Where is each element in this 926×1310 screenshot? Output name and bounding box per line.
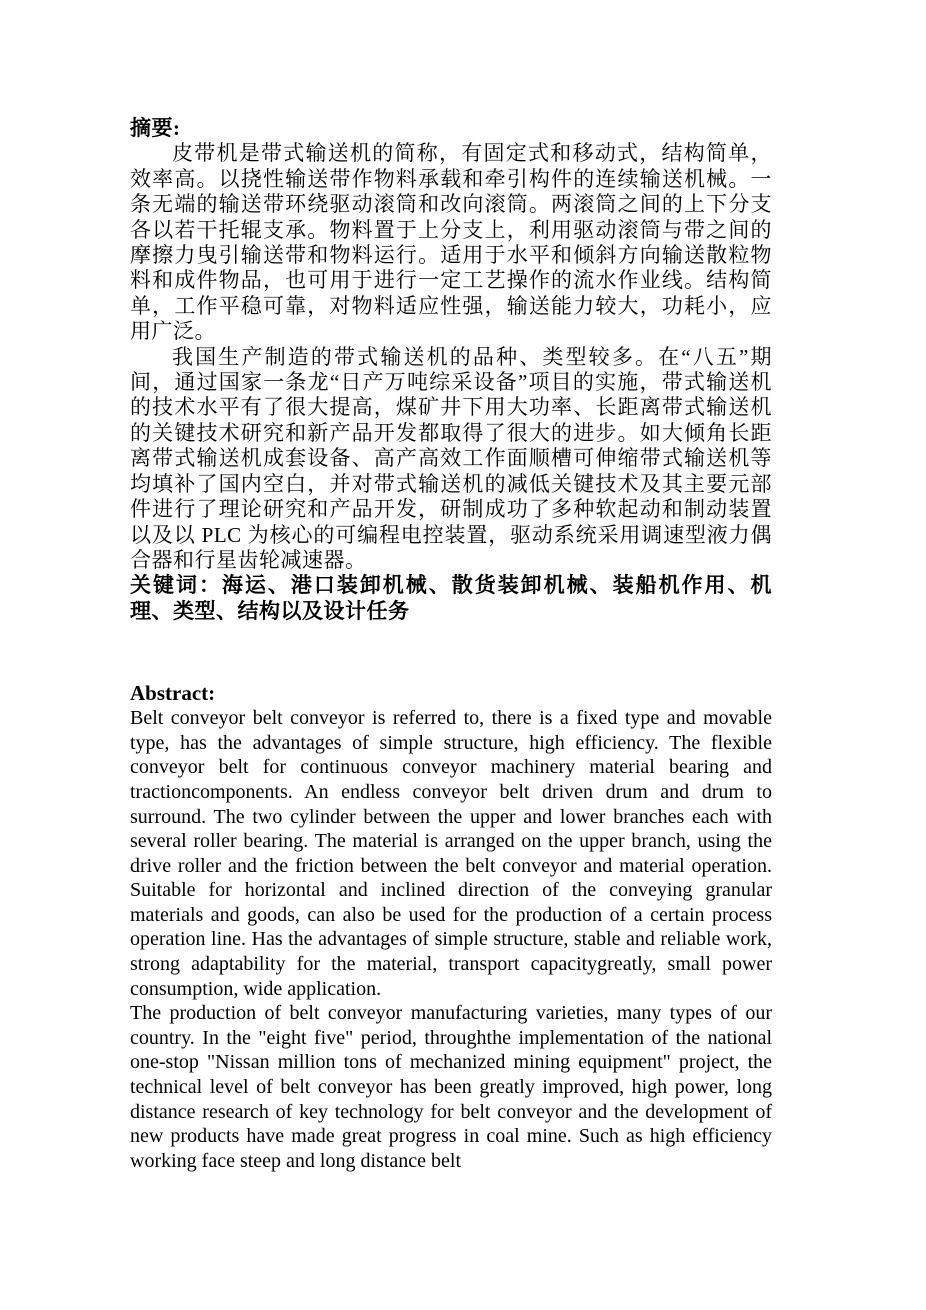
english-abstract-paragraph-2: The production of belt conveyor manufact… [130, 1001, 772, 1173]
document-page: 摘要: 皮带机是带式输送机的简称，有固定式和移动式，结构简单，效率高。以挠性输送… [0, 0, 926, 1310]
english-abstract-paragraph-1: Belt conveyor belt conveyor is referred … [130, 706, 772, 1001]
section-gap [130, 624, 772, 681]
english-abstract-heading: Abstract: [130, 681, 772, 706]
page-content: 摘要: 皮带机是带式输送机的简称，有固定式和移动式，结构简单，效率高。以挠性输送… [130, 116, 772, 1173]
keywords-line: 关键词：海运、港口装卸机械、散货装卸机械、装船机作用、机理、类型、结构以及设计任… [130, 573, 772, 624]
chinese-abstract-heading: 摘要: [130, 116, 772, 141]
chinese-abstract-paragraph-1: 皮带机是带式输送机的简称，有固定式和移动式，结构简单，效率高。以挠性输送带作物料… [130, 141, 772, 344]
chinese-abstract-paragraph-2: 我国生产制造的带式输送机的品种、类型较多。在“八五”期间，通过国家一条龙“日产万… [130, 345, 772, 574]
